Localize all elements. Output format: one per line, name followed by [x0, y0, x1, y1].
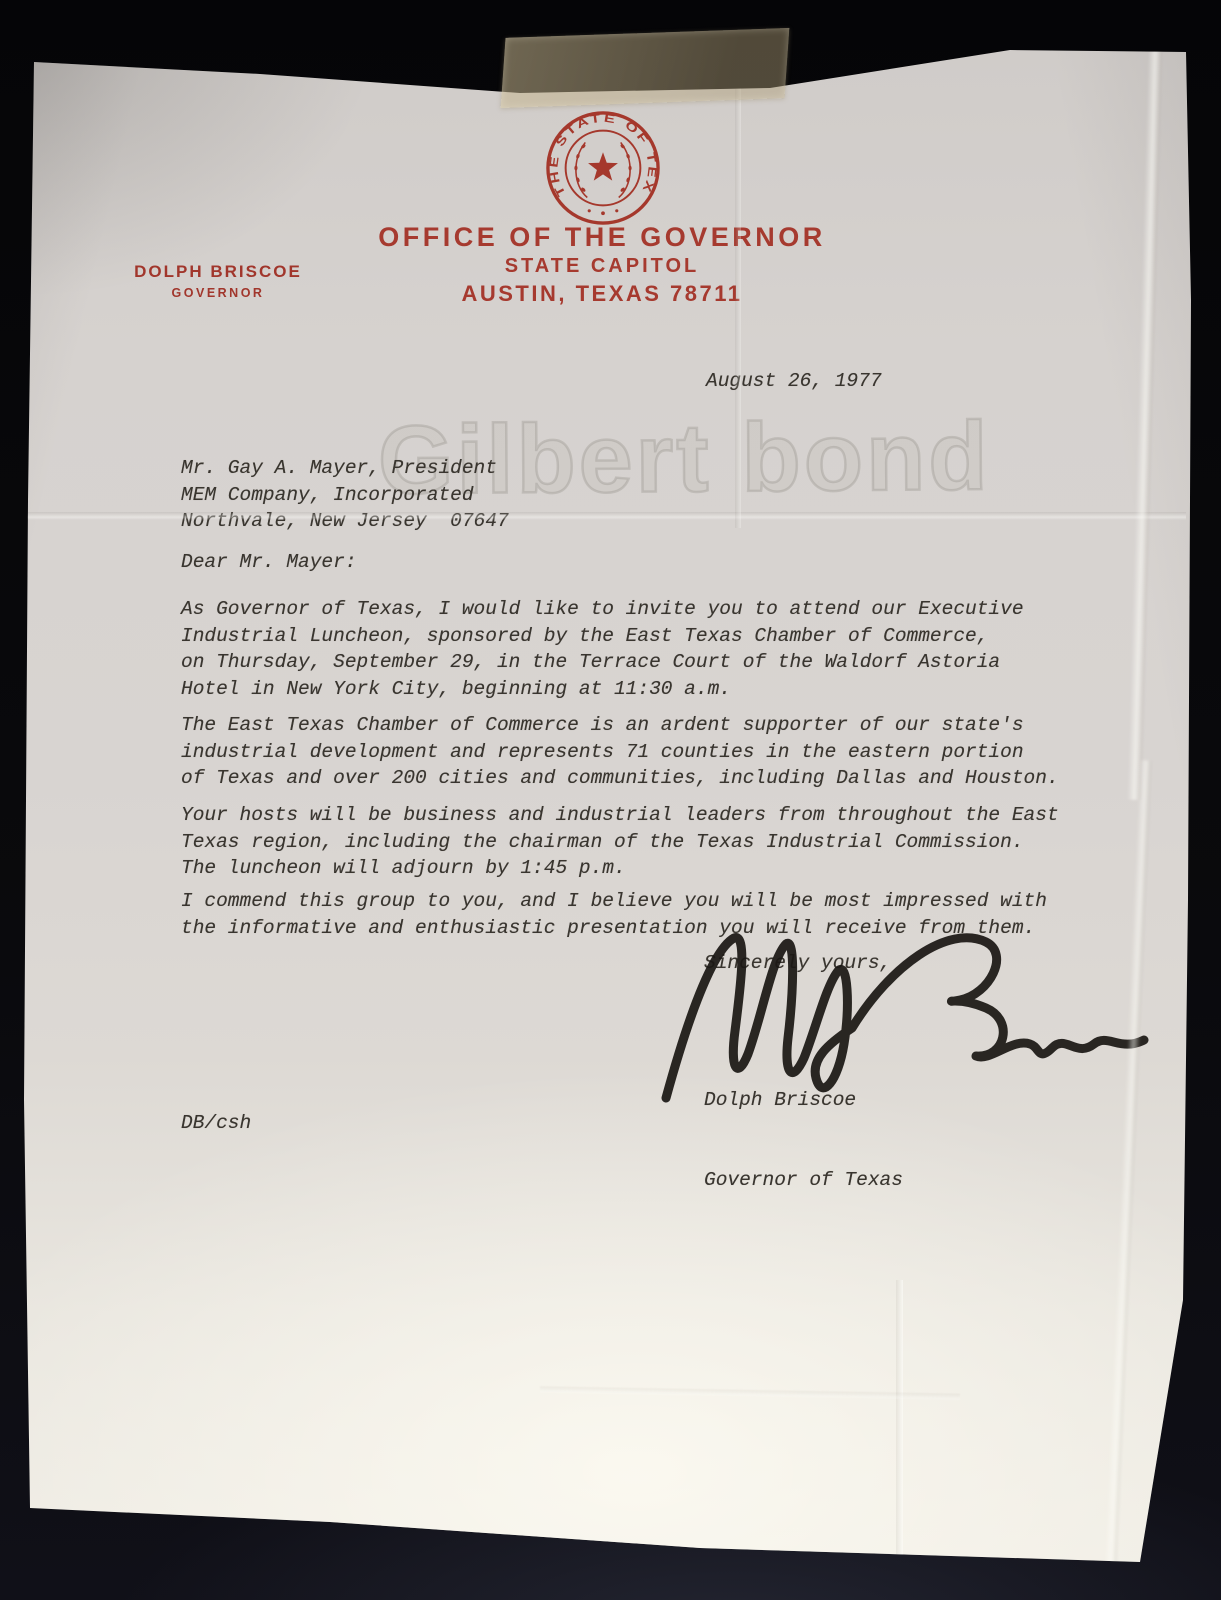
- date-line: August 26, 1977: [706, 368, 882, 395]
- diagonal-fold-crease: [1127, 40, 1162, 800]
- letterhead-official-block: DOLPH BRISCOE GOVERNOR: [128, 262, 308, 300]
- official-name: DOLPH BRISCOE: [128, 262, 308, 282]
- svg-text:THE STATE OF TEXAS: THE STATE OF TEXAS: [544, 108, 660, 199]
- body-paragraph: Your hosts will be business and industri…: [181, 802, 1059, 882]
- diagonal-fold-crease: [1104, 760, 1152, 1580]
- vertical-fold-crease: [896, 1280, 903, 1558]
- tape-strip: [501, 28, 790, 108]
- texas-state-seal-icon: THE STATE OF TEXAS: [544, 108, 662, 228]
- lone-star-icon: [588, 152, 618, 180]
- body-paragraph: The East Texas Chamber of Commerce is an…: [181, 712, 1059, 792]
- letterhead-office-line: OFFICE OF THE GOVERNOR: [0, 222, 1204, 253]
- handwritten-signature: [638, 916, 1163, 1121]
- body-paragraph: As Governor of Texas, I would like to in…: [181, 596, 1024, 702]
- salutation: Dear Mr. Mayer:: [181, 549, 357, 576]
- horizontal-fold-crease: [540, 1386, 960, 1399]
- seal-bottom-ornaments: [588, 209, 619, 215]
- seal-caption-text: THE STATE OF TEXAS: [544, 108, 660, 199]
- photo-of-letter: { "photo": { "background_color": "#0a0a0…: [0, 0, 1221, 1600]
- reference-initials: DB/csh: [181, 1110, 251, 1137]
- typed-signer-title: Governor of Texas: [704, 1167, 903, 1194]
- official-title: GOVERNOR: [128, 286, 308, 300]
- letter-paper: Gilbert bond THE STATE OF TEXAS: [0, 0, 1221, 1600]
- recipient-address: Mr. Gay A. Mayer, PresidentMEM Company, …: [181, 455, 509, 535]
